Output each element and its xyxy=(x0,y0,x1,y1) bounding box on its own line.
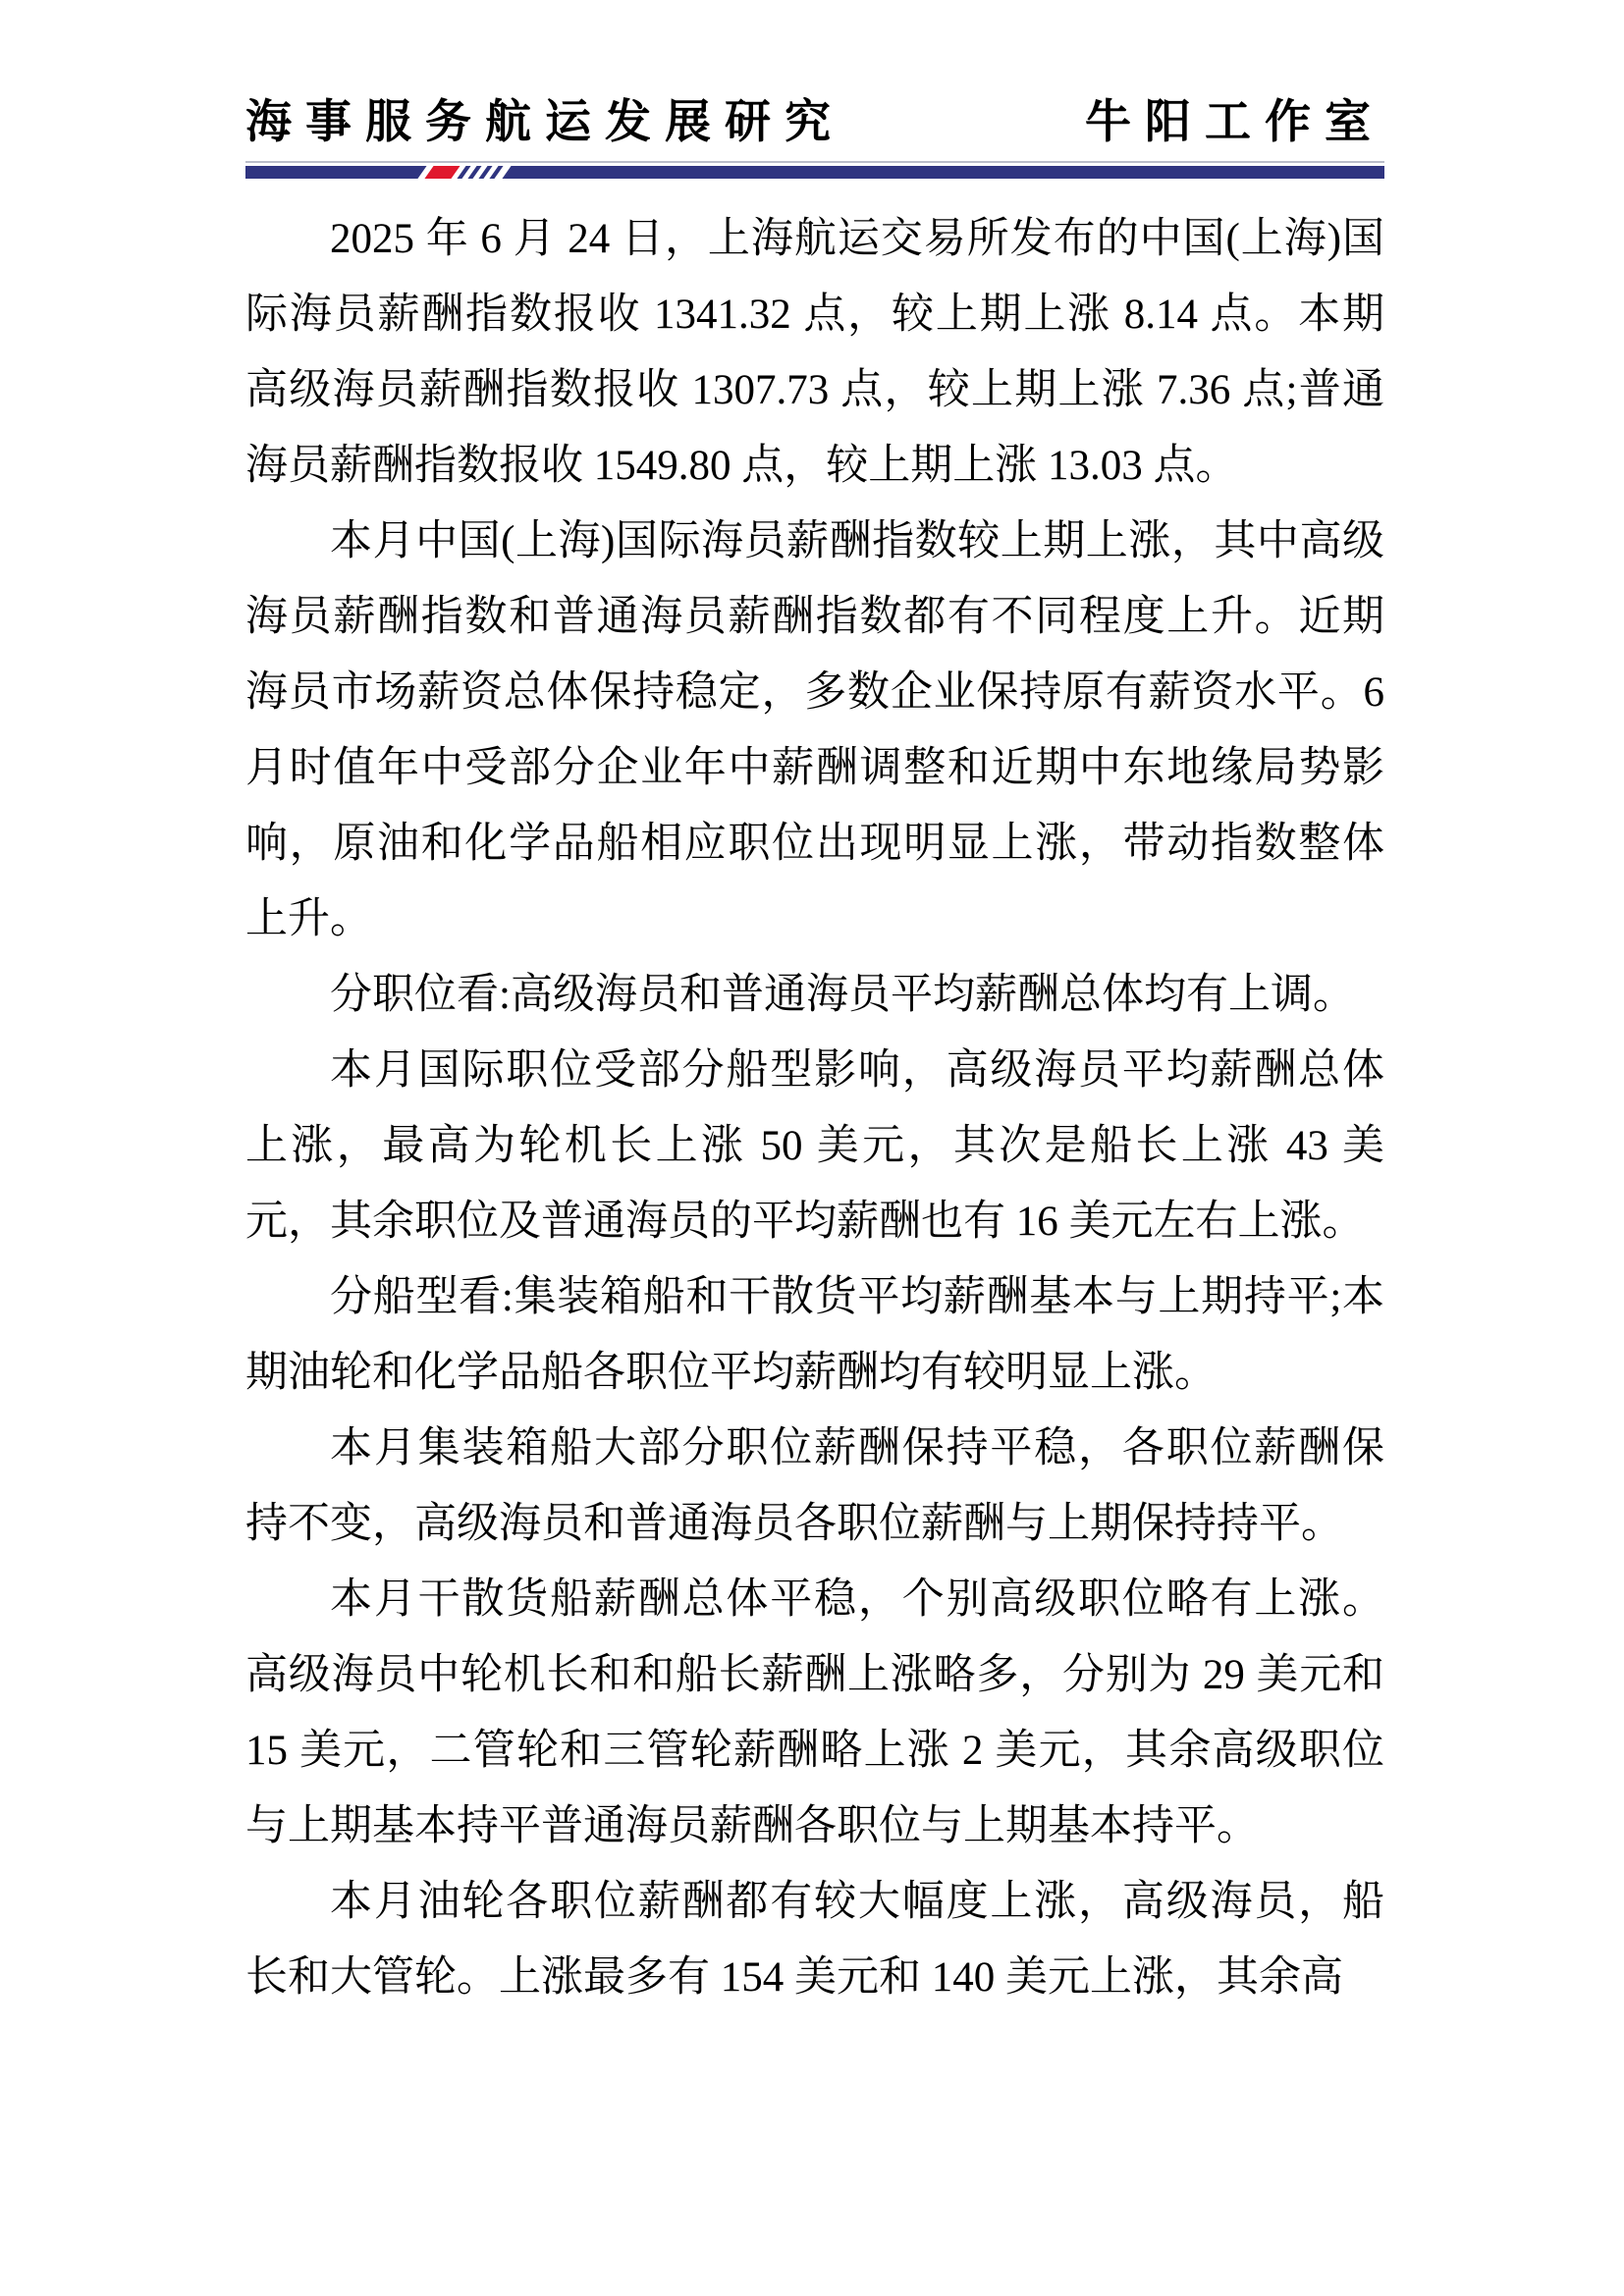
paragraph-dry-bulk-ships: 本月干散货船薪酬总体平稳，个别高级职位略有上涨。高级海员中轮机长和和船长薪酬上涨… xyxy=(245,1562,1384,1864)
header-row: 海事服务航运发展研究 牛阳工作室 xyxy=(245,96,1384,147)
paragraph-index-summary: 2025 年 6 月 24 日，上海航运交易所发布的中国(上海)国际海员薪酬指数… xyxy=(245,201,1384,504)
header-left-title: 海事服务航运发展研究 xyxy=(245,96,844,147)
paragraph-container-ships: 本月集装箱船大部分职位薪酬保持平稳，各职位薪酬保持不变，高级海员和普通海员各职位… xyxy=(245,1411,1384,1562)
accent-navy-stripe xyxy=(489,166,503,179)
header-right-title: 牛阳工作室 xyxy=(1085,96,1384,147)
header-rule-bar xyxy=(245,166,1384,179)
paragraph-by-position-intro: 分职位看:高级海员和普通海员平均薪酬总体均有上调。 xyxy=(245,957,1384,1033)
header-rule-thin-line xyxy=(245,161,1384,163)
paragraph-international-positions: 本月国际职位受部分船型影响，高级海员平均薪酬总体上涨，最高为轮机长上涨 50 美… xyxy=(245,1033,1384,1259)
paragraph-oil-tankers: 本月油轮各职位薪酬都有较大幅度上涨，高级海员，船长和大管轮。上涨最多有 154 … xyxy=(245,1864,1384,2015)
document-page: 海事服务航运发展研究 牛阳工作室 2025 年 6 月 24 日，上海航运交易所… xyxy=(0,0,1624,2296)
paragraph-by-ship-type-intro: 分船型看:集装箱船和干散货平均薪酬基本与上期持平;本期油轮和化学品船各职位平均薪… xyxy=(245,1259,1384,1411)
document-body: 2025 年 6 月 24 日，上海航运交易所发布的中国(上海)国际海员薪酬指数… xyxy=(245,201,1384,2015)
paragraph-monthly-overview: 本月中国(上海)国际海员薪酬指数较上期上涨，其中高级海员薪酬指数和普通海员薪酬指… xyxy=(245,504,1384,957)
accent-red-stripe xyxy=(424,166,460,179)
header-accent-stripes-icon xyxy=(417,166,511,179)
